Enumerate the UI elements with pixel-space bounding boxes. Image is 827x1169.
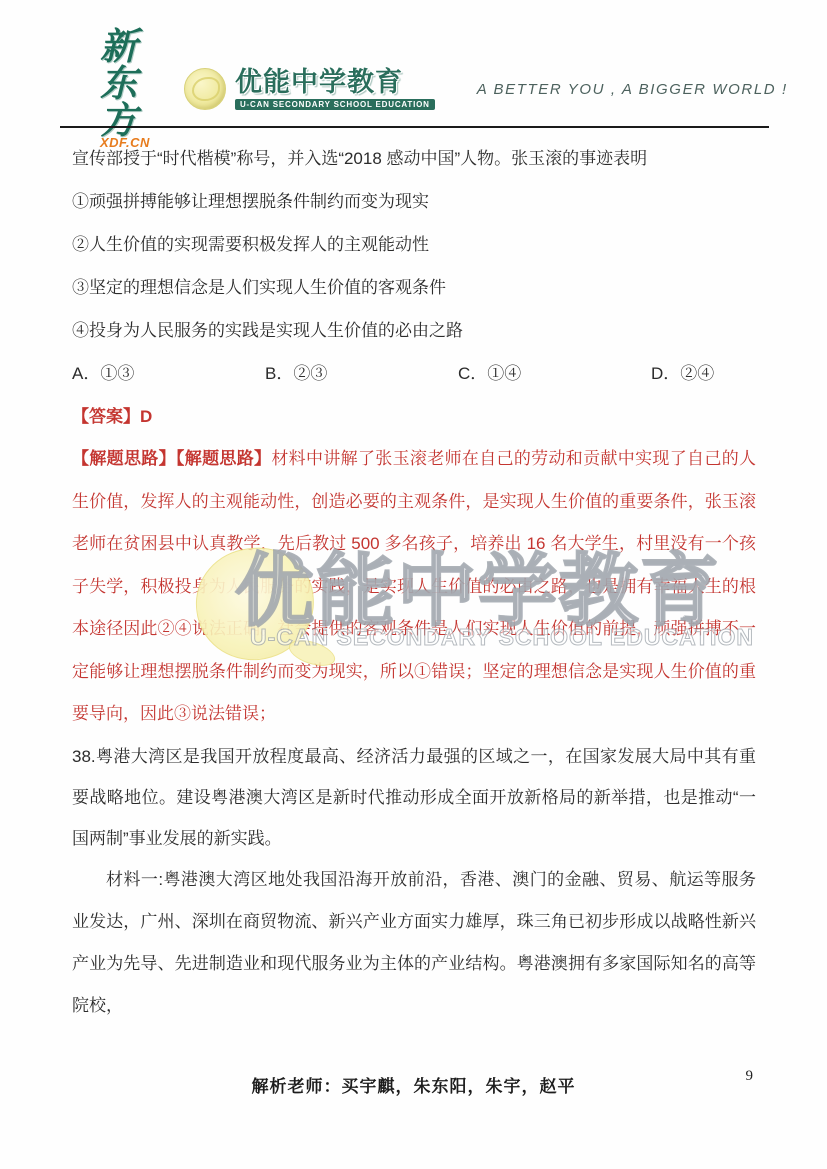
answer-line: 【答案】D [72, 395, 756, 438]
xdf-logo: 新东方 XDF.CN [100, 28, 150, 150]
choice-c: C．①④ [458, 352, 651, 395]
brand-tagline: A BETTER YOU , A BIGGER WORLD ! [477, 81, 788, 98]
ucan-brain-icon [184, 68, 226, 110]
document-page: 新东方 XDF.CN 优能中学教育 U-CAN SECONDARY SCHOOL… [0, 0, 827, 1169]
xdf-logo-text: 新东方 [100, 28, 150, 139]
question-option-2: ②人生价值的实现需要积极发挥人的主观能动性 [72, 223, 756, 266]
page-number: 9 [746, 1068, 754, 1085]
question-38-material: 材料一:粤港澳大湾区地处我国沿海开放前沿，香港、澳门的金融、贸易、航运等服务业发… [72, 859, 756, 1027]
choice-b: B．②③ [265, 352, 458, 395]
analysis-label: 【解题思路】【解题思路】 [72, 449, 271, 468]
question-option-4: ④投身为人民服务的实践是实现人生价值的必由之路 [72, 309, 756, 352]
ucan-logo-text-block: 优能中学教育 U-CAN SECONDARY SCHOOL EDUCATION [235, 69, 435, 110]
question-option-3: ③坚定的理想信念是人们实现人生价值的客观条件 [72, 266, 756, 309]
choice-d: D．②④ [651, 352, 714, 395]
header-rule [60, 126, 769, 128]
ucan-logo-text: 优能中学教育 [235, 69, 435, 96]
answer-choices-row: A．①③ B．②③ C．①④ D．②④ [72, 352, 756, 395]
question-intro-line: 宣传部授于“时代楷模”称号，并入选“2018 感动中国”人物。张玉滚的事迹表明 [72, 137, 756, 180]
footer-teachers: 解析老师：买宇麒，朱东阳，朱宇，赵平 [0, 1072, 827, 1097]
ucan-logo: 优能中学教育 U-CAN SECONDARY SCHOOL EDUCATION [184, 68, 435, 110]
question-option-1: ①顽强拼搏能够让理想摆脱条件制约而变为现实 [72, 180, 756, 223]
question-38-paragraph: 38.粤港大湾区是我国开放程度最高、经济活力最强的区域之一，在国家发展大局中其有… [72, 736, 756, 859]
analysis-paragraph: 【解题思路】【解题思路】材料中讲解了张玉滚老师在自己的劳动和贡献中实现了自己的人… [72, 438, 756, 736]
document-content: 宣传部授于“时代楷模”称号，并入选“2018 感动中国”人物。张玉滚的事迹表明 … [72, 137, 756, 1027]
ucan-logo-banner: U-CAN SECONDARY SCHOOL EDUCATION [235, 99, 435, 110]
analysis-text: 材料中讲解了张玉滚老师在自己的劳动和贡献中实现了自己的人生价值，发挥人的主观能动… [72, 449, 756, 723]
choice-a: A．①③ [72, 352, 265, 395]
page-header: 新东方 XDF.CN 优能中学教育 U-CAN SECONDARY SCHOOL… [100, 56, 767, 122]
